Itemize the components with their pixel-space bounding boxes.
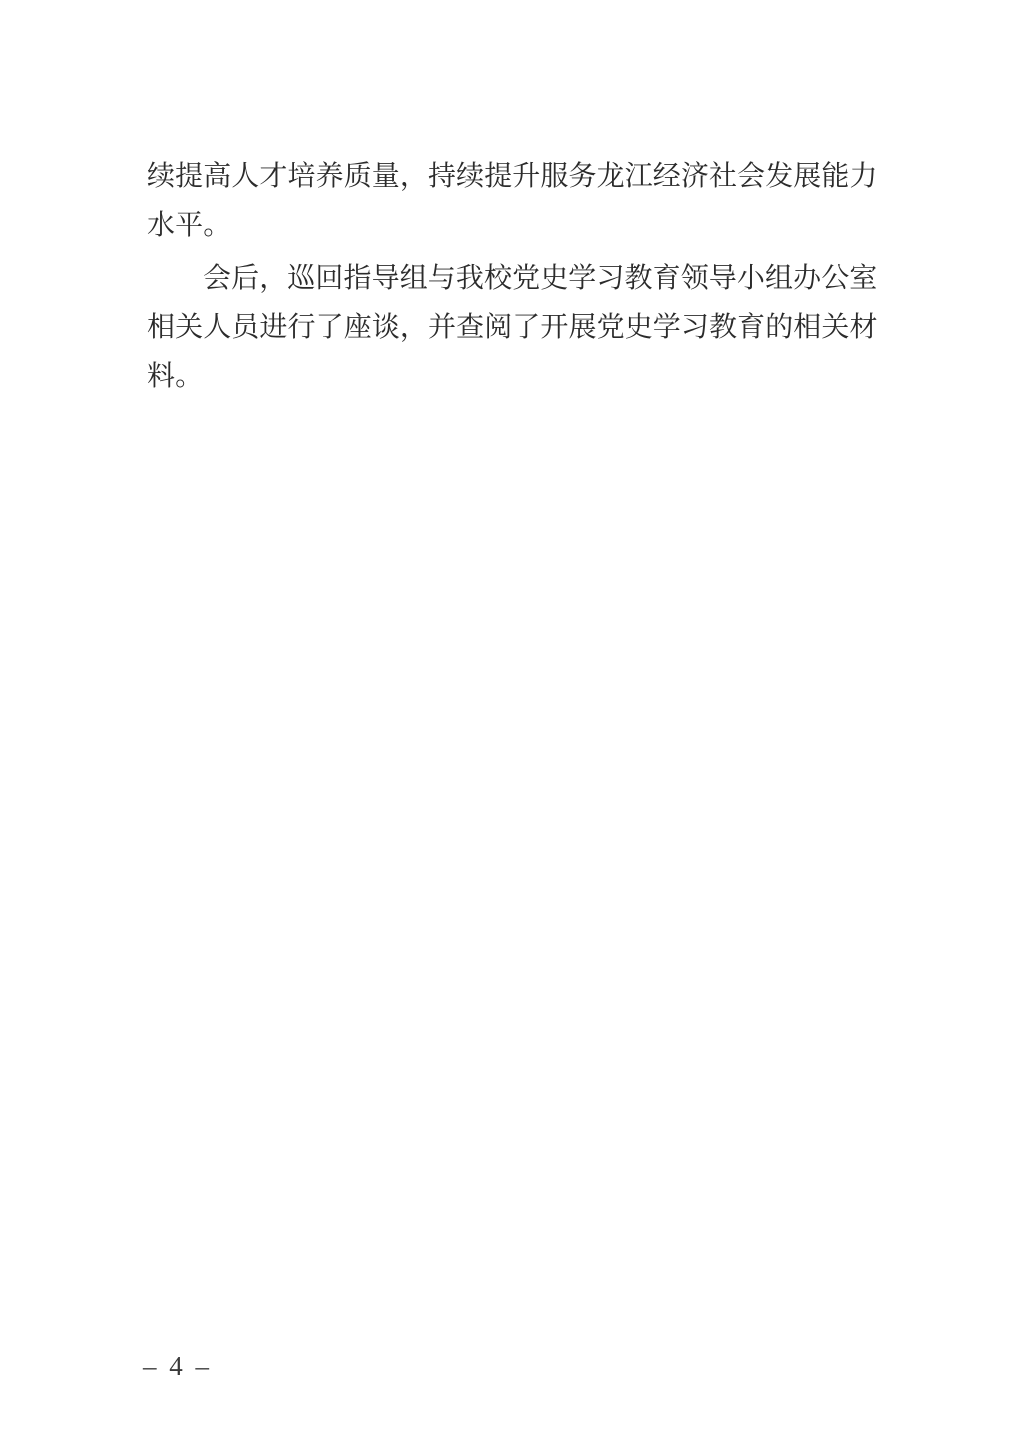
text-line: 水平。 xyxy=(147,201,879,250)
text-line: 续提高人才培养质量，持续提升服务龙江经济社会发展能力 xyxy=(147,152,879,201)
text-line: 会后，巡回指导组与我校党史学习教育领导小组办公室 xyxy=(147,254,879,303)
paragraph-2: 会后，巡回指导组与我校党史学习教育领导小组办公室 相关人员进行了座谈，并查阅了开… xyxy=(147,254,879,401)
document-body: 续提高人才培养质量，持续提升服务龙江经济社会发展能力 水平。 会后，巡回指导组与… xyxy=(147,152,879,401)
text-line: 相关人员进行了座谈，并查阅了开展党史学习教育的相关材 xyxy=(147,303,879,352)
text-line: 料。 xyxy=(147,352,879,401)
paragraph-1: 续提高人才培养质量，持续提升服务龙江经济社会发展能力 水平。 xyxy=(147,152,879,250)
document-page: 续提高人才培养质量，持续提升服务龙江经济社会发展能力 水平。 会后，巡回指导组与… xyxy=(0,0,1024,1448)
page-number: – 4 – xyxy=(143,1350,212,1382)
